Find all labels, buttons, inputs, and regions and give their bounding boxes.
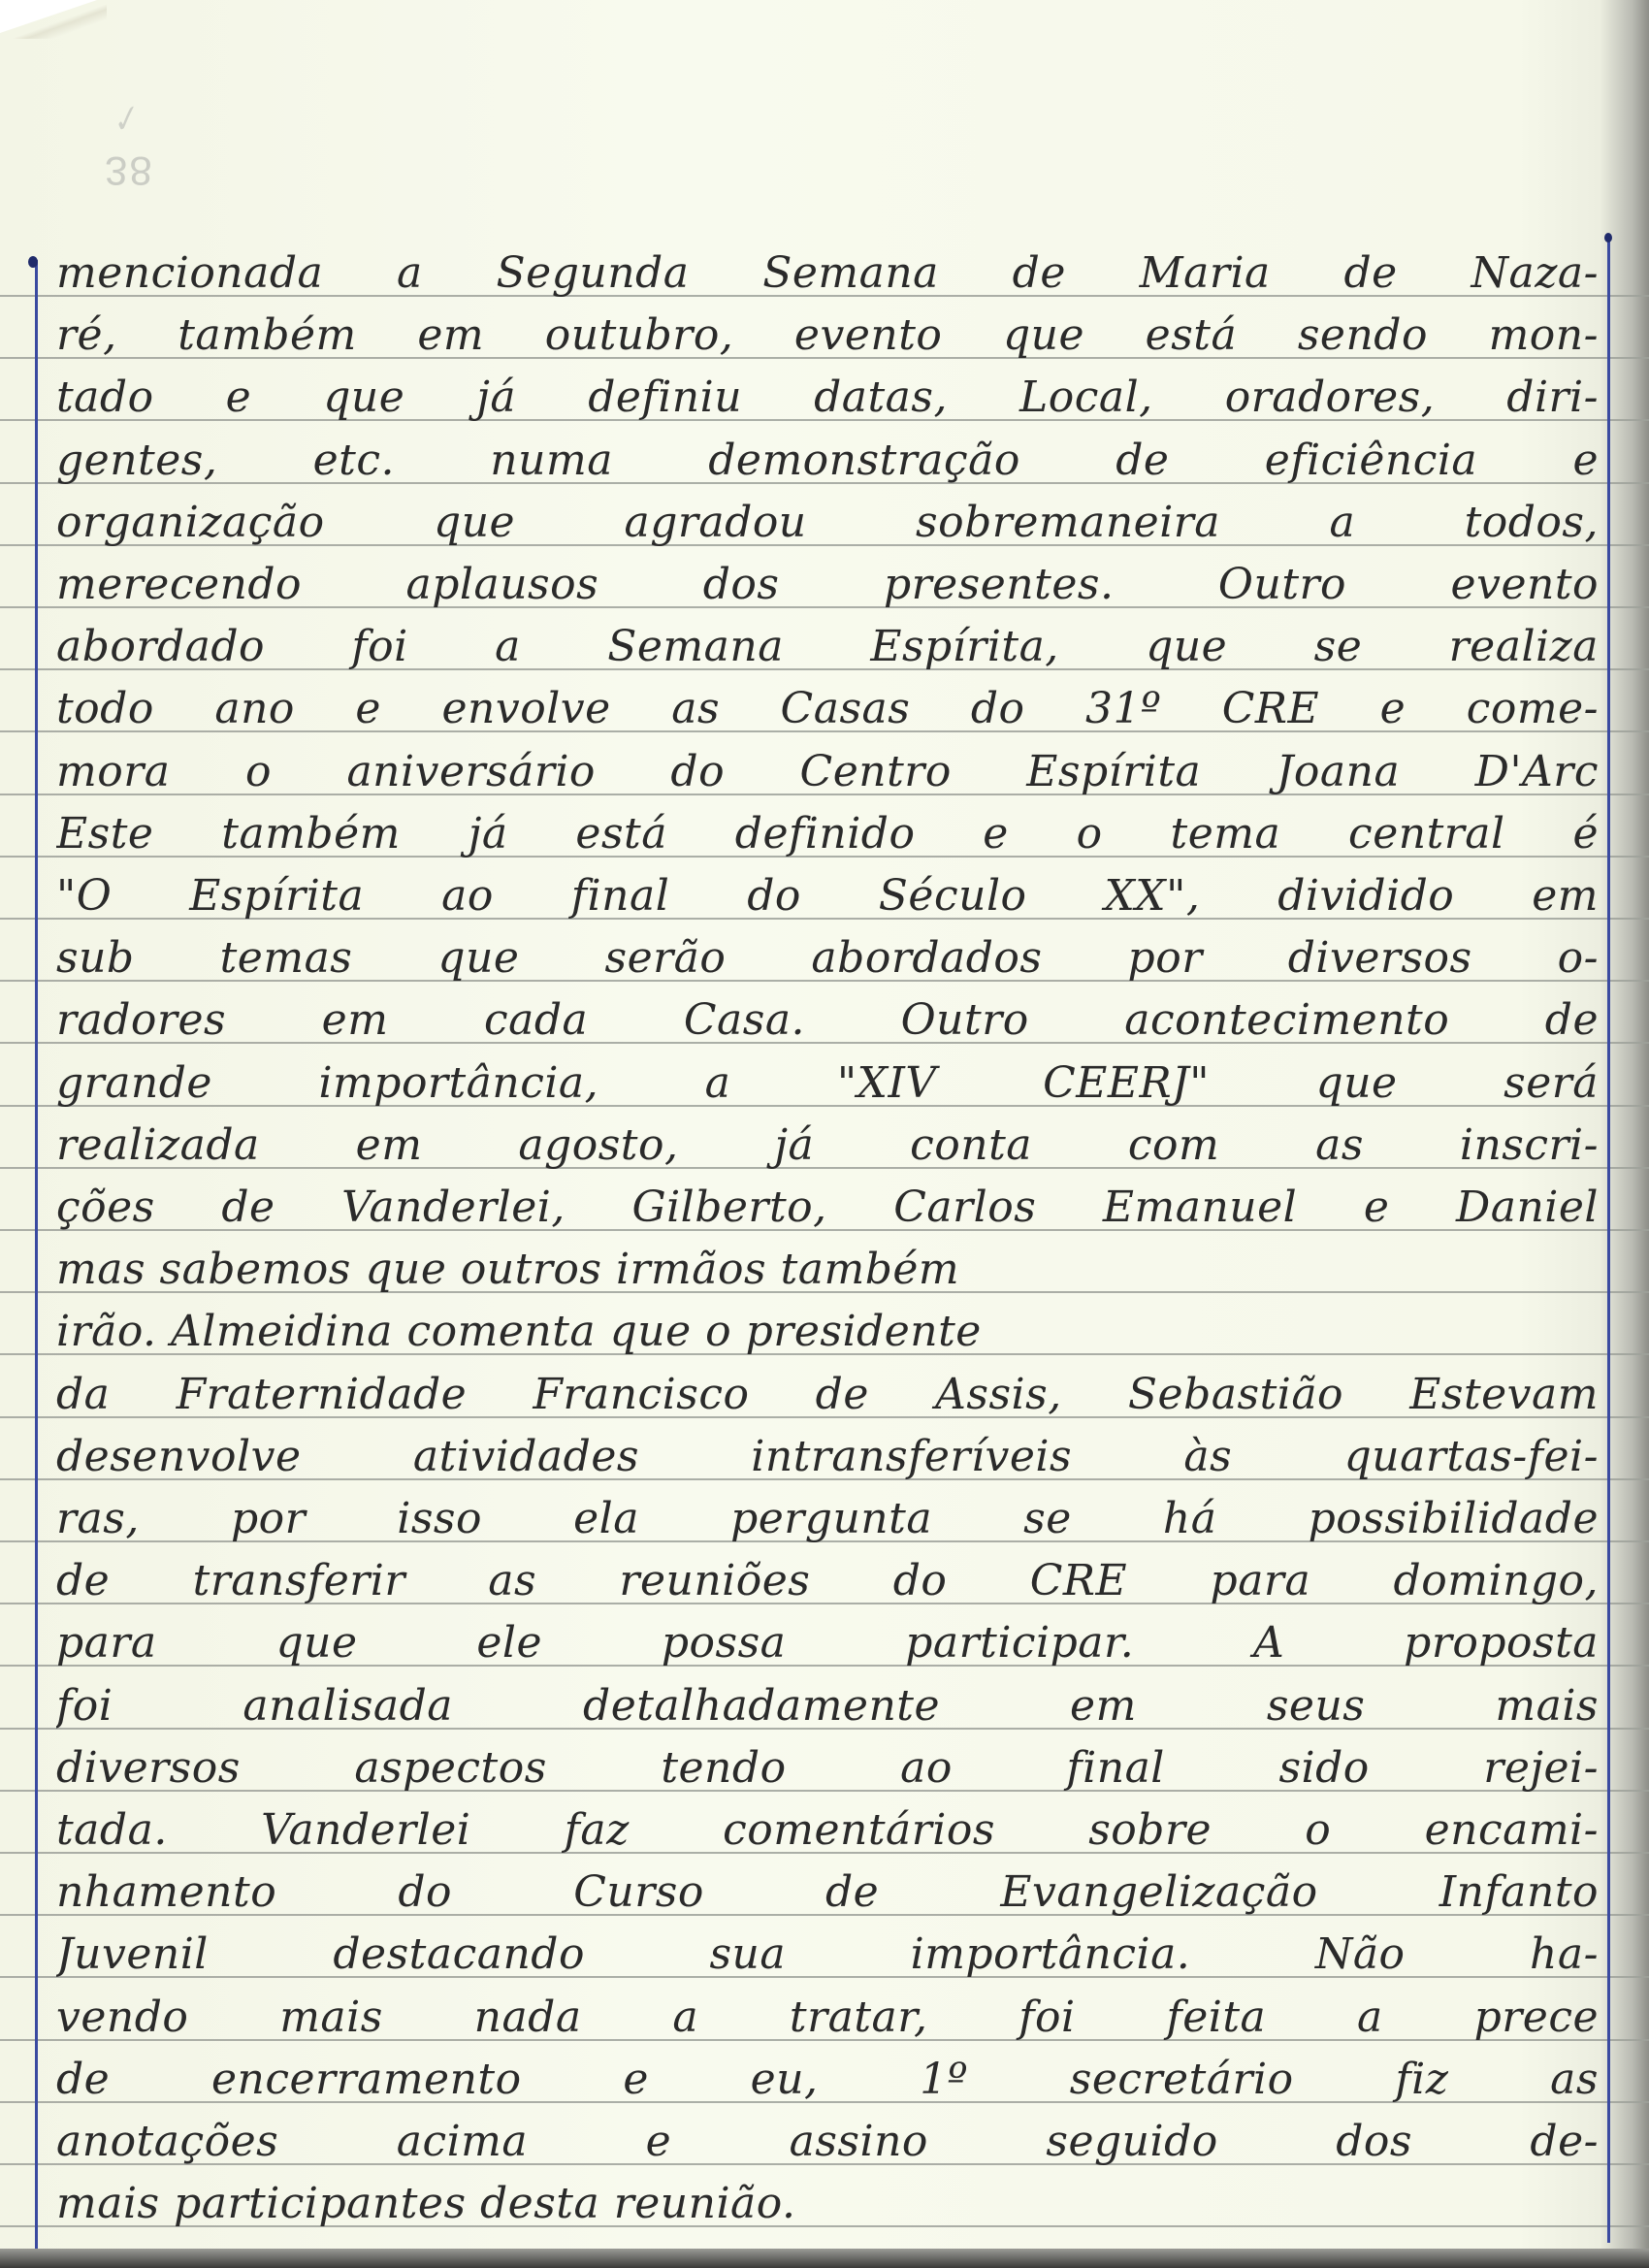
- handwritten-line: mencionada a Segunda Semana de Maria de …: [56, 244, 1599, 303]
- handwritten-line: grande importância, a "XIV CEERJ" que se…: [56, 1054, 1599, 1113]
- handwritten-line: diversos aspectos tendo ao final sido re…: [56, 1739, 1599, 1798]
- handwritten-line: sub temas que serão abordados por divers…: [56, 929, 1599, 988]
- scanner-edge: [0, 2249, 1649, 2268]
- page-number-mark: ✓ 38: [105, 97, 163, 204]
- handwritten-line: tado e que já definiu datas, Local, orad…: [56, 369, 1599, 427]
- folded-corner-shadow: [0, 0, 107, 39]
- handwritten-line: irão. Almeidina comenta que o presidente: [56, 1303, 1599, 1361]
- handwritten-line: radores em cada Casa. Outro aconteciment…: [56, 991, 1599, 1050]
- handwritten-line: ções de Vanderlei, Gilberto, Carlos Eman…: [56, 1179, 1599, 1237]
- handwritten-line: desenvolve atividades intransferíveis às…: [56, 1428, 1599, 1486]
- handwritten-line: ras, por isso ela pergunta se há possibi…: [56, 1490, 1599, 1548]
- handwritten-line: Juvenil destacando sua importância. Não …: [56, 1926, 1599, 1984]
- handwritten-line: nhamento do Curso de Evangelização Infan…: [56, 1863, 1599, 1922]
- handwritten-line: para que ele possa participar. A propost…: [56, 1614, 1599, 1672]
- right-margin-line: [1607, 235, 1610, 2243]
- initial-mark: ✓: [105, 97, 144, 143]
- left-margin-line: [35, 260, 38, 2249]
- handwritten-line: realizada em agosto, já conta com as ins…: [56, 1117, 1599, 1175]
- handwritten-line: tada. Vanderlei faz comentários sobre o …: [56, 1801, 1599, 1860]
- handwritten-line: vendo mais nada a tratar, foi feita a pr…: [56, 1989, 1599, 2047]
- handwritten-line: merecendo aplausos dos presentes. Outro …: [56, 556, 1599, 614]
- right-margin-ink-dot: [1604, 233, 1612, 243]
- page-number-bleedthrough: 38: [105, 147, 154, 194]
- left-margin-ink-dot: [28, 256, 38, 268]
- handwritten-line: anotações acima e assino seguido dos de-: [56, 2113, 1599, 2171]
- handwritten-line: mais participantes desta reunião.: [56, 2175, 1599, 2233]
- handwritten-line: Este também já está definido e o tema ce…: [56, 805, 1599, 863]
- handwritten-line: de encerramento e eu, 1º secretário fiz …: [56, 2051, 1599, 2109]
- handwritten-line: todo ano e envolve as Casas do 31º CRE e…: [56, 680, 1599, 738]
- handwritten-line: mora o aniversário do Centro Espírita Jo…: [56, 743, 1599, 801]
- handwritten-line: ré, também em outubro, evento que está s…: [56, 307, 1599, 365]
- notebook-page: ✓ 38 mencionada a Segunda Semana de Mari…: [0, 0, 1649, 2249]
- handwritten-line: da Fraternidade Francisco de Assis, Seba…: [56, 1366, 1599, 1424]
- handwritten-line: "O Espírita ao final do Século XX", divi…: [56, 867, 1599, 925]
- handwritten-line: abordado foi a Semana Espírita, que se r…: [56, 618, 1599, 676]
- handwritten-line: de transferir as reuniões do CRE para do…: [56, 1552, 1599, 1610]
- handwritten-line: gentes, etc. numa demonstração de eficiê…: [56, 432, 1599, 490]
- handwritten-line: organização que agradou sobremaneira a t…: [56, 494, 1599, 552]
- handwritten-line: mas sabemos que outros irmãos também: [56, 1241, 1599, 1299]
- handwritten-line: foi analisada detalhadamente em seus mai…: [56, 1677, 1599, 1735]
